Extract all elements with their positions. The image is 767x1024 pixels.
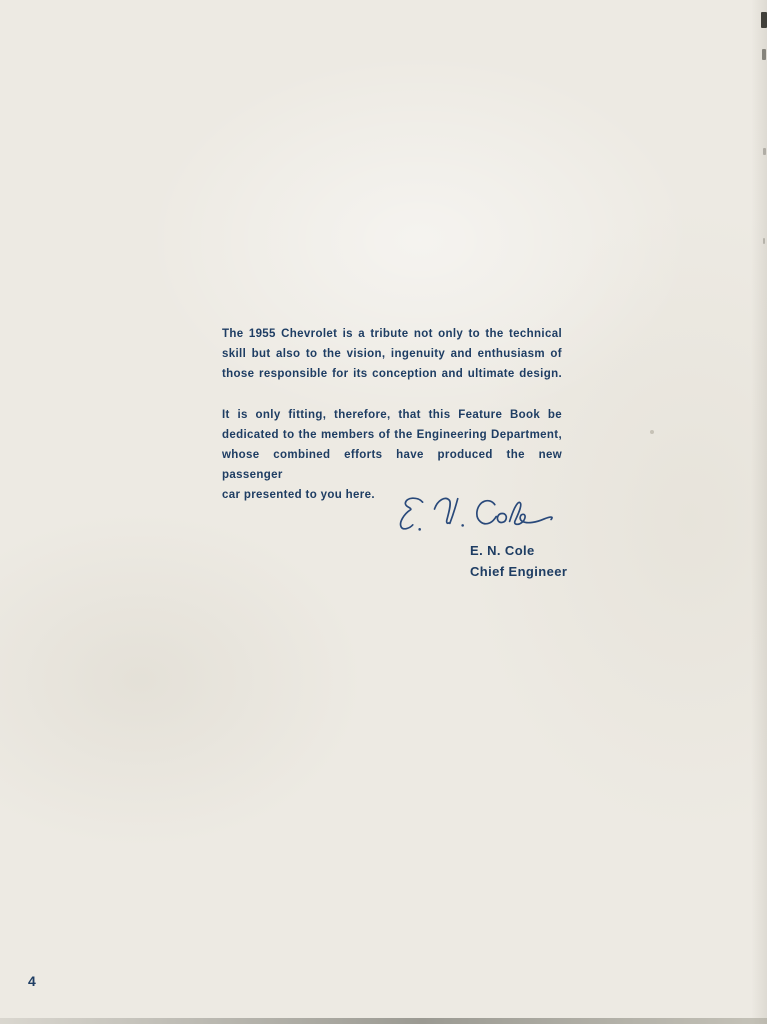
dedication-line: dedicated to the members of the Engineer… — [222, 425, 562, 445]
page-number: 4 — [28, 973, 36, 989]
dedication-paragraph-1: The 1955 Chevrolet is a tribute not only… — [222, 324, 562, 384]
dedication-line: It is only fitting, therefore, that this… — [222, 405, 562, 425]
paper-speck — [650, 430, 654, 434]
dedication-line: whose combined efforts have produced the… — [222, 445, 562, 485]
signatory-title: Chief Engineer — [470, 561, 567, 582]
scan-artifact-mark — [763, 238, 765, 244]
scan-artifact-mark — [762, 49, 766, 60]
scanned-book-page: The 1955 Chevrolet is a tribute not only… — [0, 0, 767, 1024]
scan-artifact-mark — [763, 148, 766, 155]
dedication-line: skill but also to the vision, ingenuity … — [222, 344, 562, 364]
signatory-block: E. N. Cole Chief Engineer — [470, 540, 567, 582]
dedication-paragraph-2: It is only fitting, therefore, that this… — [222, 405, 562, 505]
signature-strokes — [392, 492, 560, 538]
signature-handwriting-en-cole — [392, 492, 560, 538]
scan-artifact-mark — [761, 12, 767, 28]
dedication-line: The 1955 Chevrolet is a tribute not only… — [222, 324, 562, 344]
dedication-line: those responsible for its conception and… — [222, 364, 562, 384]
signatory-name: E. N. Cole — [470, 540, 567, 561]
scan-bottom-edge — [0, 1018, 767, 1024]
dedication-text-block: The 1955 Chevrolet is a tribute not only… — [222, 324, 562, 505]
